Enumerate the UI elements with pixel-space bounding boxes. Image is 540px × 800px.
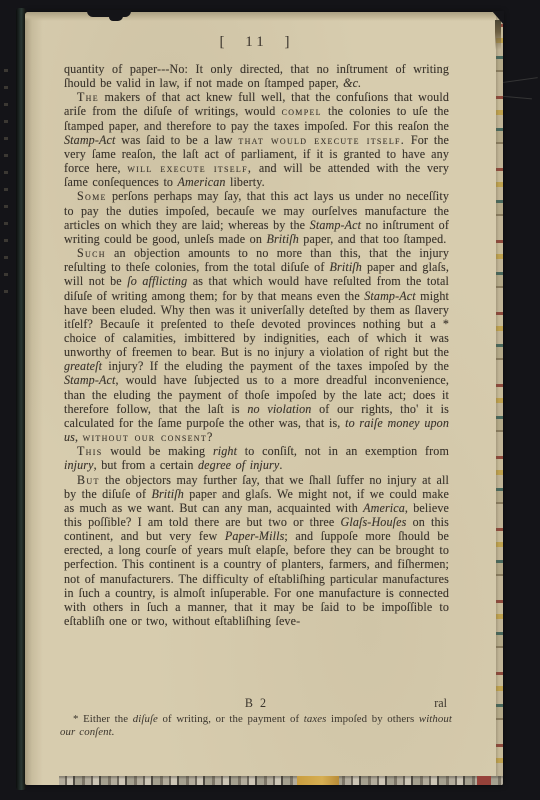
paragraph: But the objectors may further ſay, that … <box>64 473 449 629</box>
catchword: ral <box>434 696 447 711</box>
page-number: [ 11 ] <box>64 34 449 51</box>
corner-notch <box>492 11 504 25</box>
paragraph: The makers of that act knew full well, t… <box>64 90 449 189</box>
scanned-book-photo: [ 11 ] quantity of paper---No: It only d… <box>0 0 540 800</box>
paragraph: Such an objection amounts to no more tha… <box>64 246 449 444</box>
marble-red-patch <box>477 776 491 785</box>
paragraph: This would be making right to conſiſt, n… <box>64 444 449 472</box>
marbled-edge-right <box>496 12 503 785</box>
signature-mark: B 2 <box>64 696 449 711</box>
marble-ochre-patch <box>297 776 339 785</box>
footnote-text: * Either the diſuſe of writing, or the p… <box>60 713 452 739</box>
body-text: quantity of paper---No: It only directed… <box>64 62 449 698</box>
signature-line: B 2 ral <box>64 696 449 711</box>
paragraph: Some perſons perhaps may ſay, that this … <box>64 189 449 246</box>
marbled-edge-bottom <box>59 776 503 785</box>
book-page: [ 11 ] quantity of paper---No: It only d… <box>25 12 503 785</box>
left-page-edge-marks <box>4 55 8 295</box>
binding-shadow <box>109 10 123 21</box>
paragraph: quantity of paper---No: It only directed… <box>64 62 449 90</box>
